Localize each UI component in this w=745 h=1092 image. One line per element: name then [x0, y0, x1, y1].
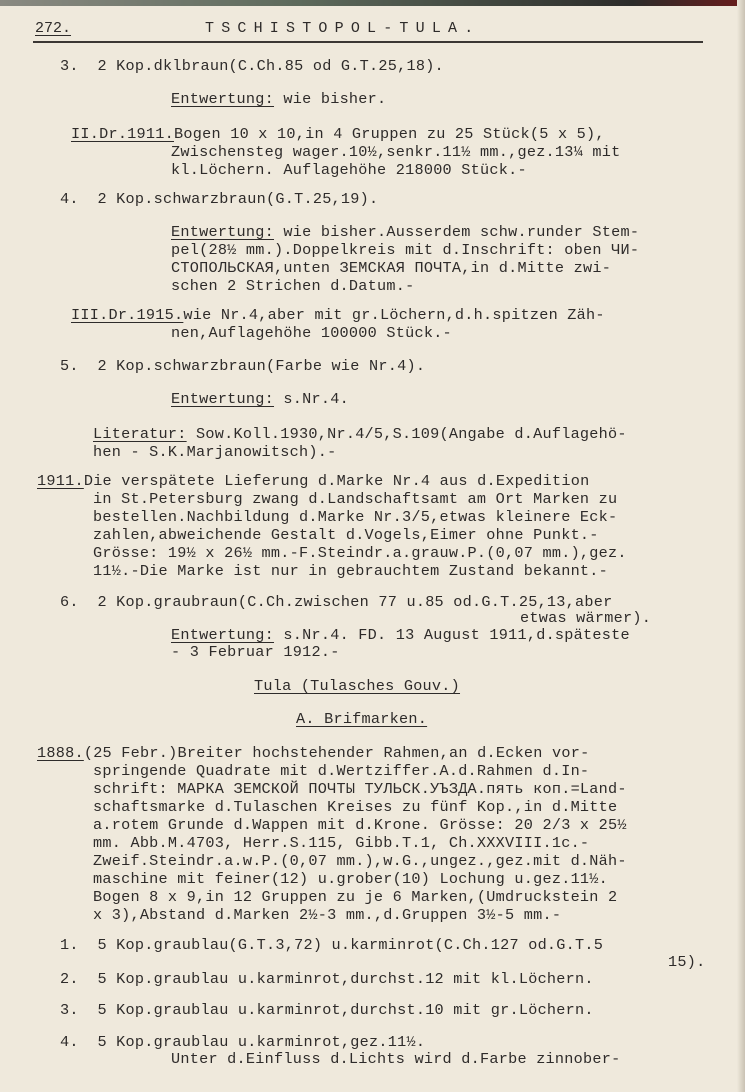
- document-page: 272. TSCHISTOPOL-TULA. 3. 2 Kop.dklbraun…: [0, 0, 745, 1092]
- text-line: nen,Auflagehöhe 100000 Stück.-: [171, 324, 452, 342]
- text-line: 11½.-Die Marke ist nur in gebrauchtem Zu…: [93, 562, 608, 580]
- text-line: schaftsmarke d.Tulaschen Kreises zu fünf…: [93, 798, 617, 816]
- text-line: 2. 5 Kop.graublau u.karminrot,durchst.12…: [60, 970, 594, 988]
- text-line: pel(28½ mm.).Doppelkreis mit d.Inschrift…: [171, 241, 639, 259]
- text-span: Sow.Koll.1930,Nr.4/5,S.109(Angabe d.Aufl…: [187, 425, 627, 443]
- text-line: 1888.(25 Febr.)Breiter hochstehender Rah…: [37, 744, 589, 762]
- text-line: Bogen 8 x 9,in 12 Gruppen zu je 6 Marken…: [93, 888, 617, 906]
- text-line: - 3 Februar 1912.-: [171, 643, 340, 661]
- text-line: springende Quadrate mit d.Wertziffer.A.d…: [93, 762, 589, 780]
- header-rule: [33, 41, 703, 43]
- text-line: Zwischensteg wager.10½,senkr.11½ mm.,gez…: [171, 143, 620, 161]
- text-line: schen 2 Strichen d.Datum.-: [171, 277, 414, 295]
- text-line: Literatur: Sow.Koll.1930,Nr.4/5,S.109(An…: [93, 425, 627, 443]
- label-year: 1888.: [37, 744, 84, 762]
- text-line: Unter d.Einfluss d.Lichts wird d.Farbe z…: [171, 1050, 620, 1068]
- text-line: bestellen.Nachbildung d.Marke Nr.3/5,etw…: [93, 508, 617, 526]
- text-line: etwas wärmer).: [520, 609, 651, 627]
- label-entwertung: Entwertung:: [171, 626, 274, 644]
- text-line: Entwertung: wie bisher.: [171, 90, 386, 108]
- text-span: wie bisher.: [274, 90, 386, 108]
- text-line: Grösse: 19½ x 26½ mm.-F.Steindr.a.grauw.…: [93, 544, 627, 562]
- label-druck: II.Dr.1911.: [71, 125, 174, 143]
- section-heading: Tula (Tulasches Gouv.): [254, 677, 460, 695]
- text-line: II.Dr.1911.Bogen 10 x 10,in 4 Gruppen zu…: [71, 125, 605, 143]
- text-line: schrift: МАРКА ЗЕМСКОЙ ПОЧТЫ ТУЛЬСК.УЪЗД…: [93, 780, 627, 798]
- label-druck: III.Dr.1915.: [71, 306, 183, 324]
- text-line: III.Dr.1915.wie Nr.4,aber mit gr.Löchern…: [71, 306, 605, 324]
- label-entwertung: Entwertung:: [171, 90, 274, 108]
- text-line: a.rotem Grunde d.Wappen mit d.Krone. Grö…: [93, 816, 627, 834]
- text-span: wie Nr.4,aber mit gr.Löchern,d.h.spitzen…: [183, 306, 604, 324]
- text-line: 15).: [668, 953, 705, 971]
- label-literatur: Literatur:: [93, 425, 187, 443]
- text-span: s.Nr.4.: [274, 390, 349, 408]
- text-line: in St.Petersburg zwang d.Landschaftsamt …: [93, 490, 617, 508]
- text-line: Zweif.Steindr.a.w.P.(0,07 mm.),w.G.,unge…: [93, 852, 627, 870]
- text-span: s.Nr.4. FD. 13 August 1911,d.späteste: [274, 626, 630, 644]
- text-line: СТОПОЛЬСКАЯ,unten ЗЕМСКАЯ ПОЧТА,in d.Mit…: [171, 259, 611, 277]
- text-line: 4. 2 Kop.schwarzbraun(G.T.25,19).: [60, 190, 378, 208]
- page-number: 272.: [35, 20, 71, 37]
- text-line: maschine mit feiner(12) u.grober(10) Loc…: [93, 870, 608, 888]
- text-line: 1. 5 Kop.graublau(G.T.3,72) u.karminrot(…: [60, 936, 603, 954]
- text-line: 3. 2 Kop.dklbraun(C.Ch.85 od G.T.25,18).: [60, 57, 444, 75]
- text-line: 4. 5 Kop.graublau u.karminrot,gez.11½.: [60, 1033, 425, 1051]
- text-line: kl.Löchern. Auflagehöhe 218000 Stück.-: [171, 161, 527, 179]
- text-line: Entwertung: s.Nr.4.: [171, 390, 349, 408]
- text-line: 3. 5 Kop.graublau u.karminrot,durchst.10…: [60, 1001, 594, 1019]
- label-year: 1911.: [37, 472, 84, 490]
- text-line: hen - S.K.Marjanowitsch).-: [93, 443, 336, 461]
- text-line: 5. 2 Kop.schwarzbraun(Farbe wie Nr.4).: [60, 357, 425, 375]
- text-span: wie bisher.Ausserdem schw.runder Stem-: [274, 223, 639, 241]
- text-line: Entwertung: wie bisher.Ausserdem schw.ru…: [171, 223, 639, 241]
- text-line: mm. Abb.M.4703, Herr.S.115, Gibb.T.1, Ch…: [93, 834, 589, 852]
- text-span: Die verspätete Lieferung d.Marke Nr.4 au…: [84, 472, 590, 490]
- label-entwertung: Entwertung:: [171, 390, 274, 408]
- text-line: x 3),Abstand d.Marken 2½-3 mm.,d.Gruppen…: [93, 906, 561, 924]
- subsection-heading: A. Brifmarken.: [296, 710, 427, 728]
- text-line: zahlen,abweichende Gestalt d.Vogels,Eime…: [93, 526, 599, 544]
- text-line: Entwertung: s.Nr.4. FD. 13 August 1911,d…: [171, 626, 630, 644]
- text-span: Bogen 10 x 10,in 4 Gruppen zu 25 Stück(5…: [174, 125, 605, 143]
- text-line: 1911.Die verspätete Lieferung d.Marke Nr…: [37, 472, 589, 490]
- label-entwertung: Entwertung:: [171, 223, 274, 241]
- text-span: (25 Febr.)Breiter hochstehender Rahmen,a…: [84, 744, 590, 762]
- page-title: TSCHISTOPOL-TULA.: [205, 20, 480, 37]
